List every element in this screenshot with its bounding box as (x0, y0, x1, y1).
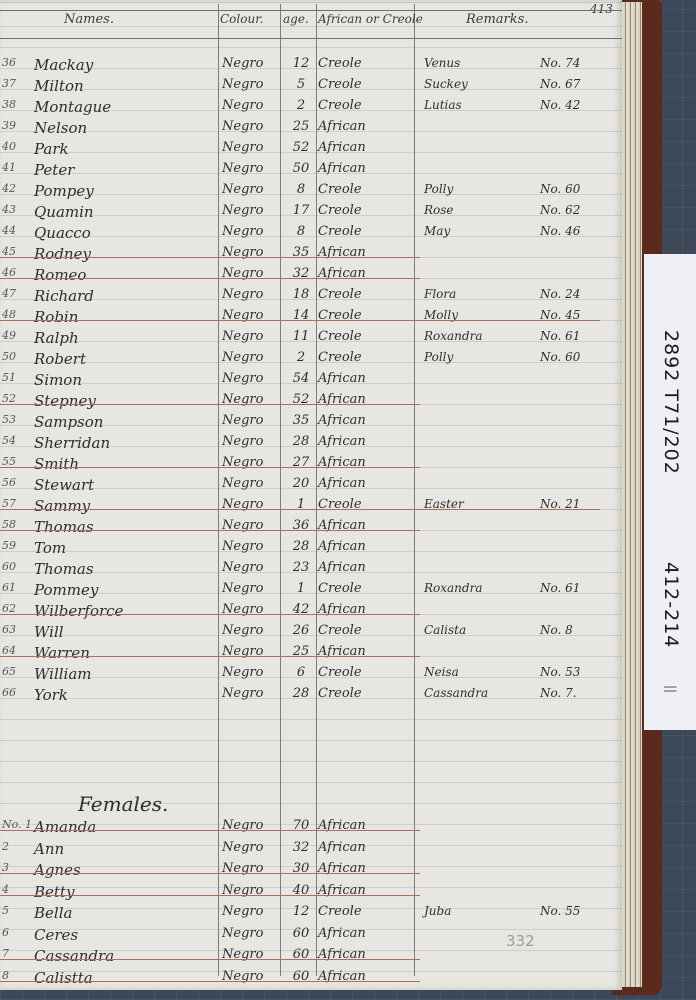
entry-name: Robert (34, 350, 86, 368)
entry-origin: African (318, 140, 366, 155)
header-origin: African or Creole (318, 12, 423, 26)
entry-origin: Creole (318, 350, 362, 365)
entry-origin: Creole (318, 329, 362, 344)
entry-remark: Rose (424, 203, 454, 217)
header-rule-bottom (0, 38, 622, 39)
entry-colour: Negro (222, 581, 263, 596)
strike-through-line (0, 959, 420, 960)
entry-name: Pompey (34, 182, 94, 200)
entry-remark-number: No. 7. (540, 686, 577, 700)
entry-number: 2 (2, 840, 9, 853)
strike-through-line (0, 830, 420, 831)
entry-age: 12 (286, 904, 316, 919)
entry-origin: African (318, 413, 366, 428)
entry-colour: Negro (222, 623, 263, 638)
entry-name: Quacco (34, 224, 91, 242)
entry-name: Milton (34, 77, 84, 95)
entry-colour: Negro (222, 904, 263, 919)
entry-colour: Negro (222, 203, 263, 218)
entry-name: Mackay (34, 56, 93, 74)
entry-number: 54 (2, 434, 16, 447)
entry-remark: May (424, 224, 450, 238)
entry-age: 5 (286, 77, 316, 92)
entry-origin: Creole (318, 77, 362, 92)
pencil-note: 332 (506, 932, 535, 950)
entry-name: Calistta (34, 969, 93, 987)
archive-pages: 412-214 (660, 562, 682, 648)
entry-origin: African (318, 371, 366, 386)
entry-number: 59 (2, 539, 16, 552)
entry-origin: African (318, 539, 366, 554)
entry-name: Sampson (34, 413, 103, 431)
entry-number: 60 (2, 560, 16, 573)
entry-number: 47 (2, 287, 16, 300)
entry-colour: Negro (222, 560, 263, 575)
entry-name: Agnes (34, 861, 81, 879)
entry-origin: African (318, 560, 366, 575)
entry-remark: Juba (424, 904, 451, 918)
strike-through-line (0, 614, 420, 615)
entry-remark-number: No. 74 (540, 56, 580, 70)
entry-name: Sammy (34, 497, 90, 515)
strike-through-line (0, 895, 420, 896)
entry-number: 61 (2, 581, 16, 594)
entry-age: 1 (286, 581, 316, 596)
archive-reference: 2892 T71/202 (660, 330, 682, 475)
entry-name: Smith (34, 455, 79, 473)
entry-colour: Negro (222, 161, 263, 176)
entry-colour: Negro (222, 56, 263, 71)
entry-remark-number: No. 53 (540, 665, 580, 679)
entry-number: 56 (2, 476, 16, 489)
ledger-page: 413 Names. Colour. age. African or Creol… (0, 0, 622, 990)
strike-through-line (0, 981, 420, 982)
entry-age: 17 (286, 203, 316, 218)
females-heading: Females. (78, 792, 168, 816)
entry-remark-number: No. 42 (540, 98, 580, 112)
entry-age: 52 (286, 140, 316, 155)
strike-through-line (0, 873, 420, 874)
entry-remark-number: No. 55 (540, 904, 580, 918)
strike-through-line (0, 278, 420, 279)
entry-origin: Creole (318, 904, 362, 919)
entry-name: Ralph (34, 329, 79, 347)
header-names: Names. (64, 12, 114, 27)
entry-number: 5 (2, 904, 9, 917)
entry-origin: Creole (318, 182, 362, 197)
entry-colour: Negro (222, 77, 263, 92)
entry-age: 2 (286, 350, 316, 365)
entry-colour: Negro (222, 140, 263, 155)
entry-remark-number: No. 60 (540, 350, 580, 364)
entry-age: 28 (286, 539, 316, 554)
entry-colour: Negro (222, 840, 263, 855)
entry-origin: Creole (318, 203, 362, 218)
strike-through-line (0, 467, 420, 468)
entry-name: William (34, 665, 92, 683)
entry-remark-number: No. 61 (540, 329, 580, 343)
entry-age: 35 (286, 413, 316, 428)
entry-name: Robin (34, 308, 78, 326)
header-rule-top (0, 10, 622, 11)
strike-through-line (0, 509, 600, 510)
entry-name: Betty (34, 883, 74, 901)
entry-name: Ann (34, 840, 64, 858)
entry-name: Simon (34, 371, 82, 389)
entry-remark: Polly (424, 350, 453, 364)
entry-age: 20 (286, 476, 316, 491)
entry-name: Peter (34, 161, 74, 179)
entry-number: 38 (2, 98, 16, 111)
entry-colour: Negro (222, 287, 263, 302)
entry-age: 54 (286, 371, 316, 386)
entry-name: Stewart (34, 476, 94, 494)
entry-origin: Creole (318, 581, 362, 596)
entry-origin: Creole (318, 224, 362, 239)
entry-colour: Negro (222, 434, 263, 449)
entry-age: 12 (286, 56, 316, 71)
entry-colour: Negro (222, 539, 263, 554)
entry-remark: Neisa (424, 665, 459, 679)
entry-age: 26 (286, 623, 316, 638)
entry-remark-number: No. 46 (540, 224, 580, 238)
strike-through-line (0, 404, 420, 405)
entry-origin: Creole (318, 665, 362, 680)
archive-label (644, 254, 696, 730)
entry-number: 41 (2, 161, 16, 174)
entry-colour: Negro (222, 413, 263, 428)
entry-colour: Negro (222, 350, 263, 365)
entry-origin: Creole (318, 56, 362, 71)
entry-age: 25 (286, 119, 316, 134)
entry-age: 6 (286, 665, 316, 680)
archive-tally: || (664, 685, 678, 693)
entry-origin: Creole (318, 623, 362, 638)
entry-remark: Suckey (424, 77, 468, 91)
entry-origin: African (318, 476, 366, 491)
entry-age: 8 (286, 182, 316, 197)
entry-age: 8 (286, 224, 316, 239)
entry-number: 44 (2, 224, 16, 237)
entry-name: Will (34, 623, 64, 641)
entry-name: Rodney (34, 245, 91, 263)
entry-name: York (34, 686, 68, 704)
entry-number: 40 (2, 140, 16, 153)
entry-number: 42 (2, 182, 16, 195)
entry-name: Bella (34, 904, 72, 922)
entry-age: 50 (286, 161, 316, 176)
strike-through-line (0, 656, 420, 657)
entry-name: Nelson (34, 119, 87, 137)
entry-number: 50 (2, 350, 16, 363)
entry-remark-number: No. 61 (540, 581, 580, 595)
entry-number: 66 (2, 686, 16, 699)
entry-age: 18 (286, 287, 316, 302)
entry-remark-number: No. 67 (540, 77, 580, 91)
page-number: 413 (590, 2, 613, 16)
entry-age: 28 (286, 434, 316, 449)
entry-number: 65 (2, 665, 16, 678)
entry-origin: African (318, 434, 366, 449)
entry-colour: Negro (222, 686, 263, 701)
table-row: 66YorkNegro28CreoleCassandraNo. 7. (0, 686, 622, 712)
entry-remark-number: No. 62 (540, 203, 580, 217)
entry-name: Park (34, 140, 69, 158)
entry-number: 43 (2, 203, 16, 216)
entry-remark-number: No. 8 (540, 623, 573, 637)
entry-age: 28 (286, 686, 316, 701)
entry-remark: Roxandra (424, 329, 482, 343)
header-age: age. (283, 12, 309, 26)
entry-colour: Negro (222, 182, 263, 197)
entry-number: 63 (2, 623, 16, 636)
entry-age: 2 (286, 98, 316, 113)
entry-name: Warren (34, 644, 90, 662)
entry-number: 39 (2, 119, 16, 132)
strike-through-line (0, 257, 420, 258)
entry-remark-number: No. 24 (540, 287, 580, 301)
entry-name: Thomas (34, 518, 94, 536)
entry-colour: Negro (222, 665, 263, 680)
entry-name: Thomas (34, 560, 94, 578)
entry-origin: African (318, 161, 366, 176)
entry-colour: Negro (222, 371, 263, 386)
entry-age: 60 (286, 926, 316, 941)
entry-age: 32 (286, 840, 316, 855)
entry-origin: African (318, 119, 366, 134)
header-colour: Colour. (220, 12, 263, 26)
table-row: 8CalisttaNegro60African (0, 969, 622, 995)
entry-remark: Polly (424, 182, 453, 196)
entry-remark: Roxandra (424, 581, 482, 595)
entry-number: 53 (2, 413, 16, 426)
entry-age: 11 (286, 329, 316, 344)
entry-number: 36 (2, 56, 16, 69)
entry-remark: Cassandra (424, 686, 488, 700)
entry-remark-number: No. 60 (540, 182, 580, 196)
entry-name: Amanda (34, 818, 96, 836)
strike-through-line (0, 320, 600, 321)
entry-number: 49 (2, 329, 16, 342)
entry-name: Romeo (34, 266, 86, 284)
entry-colour: Negro (222, 329, 263, 344)
entry-origin: Creole (318, 686, 362, 701)
entry-name: Pommey (34, 581, 98, 599)
entry-name: Wilberforce (34, 602, 123, 620)
entry-age: 23 (286, 560, 316, 575)
entry-name: Stepney (34, 392, 96, 410)
entry-name: Cassandra (34, 947, 114, 965)
entry-name: Sherridan (34, 434, 110, 452)
header-remarks: Remarks. (466, 12, 528, 27)
entry-origin: African (318, 926, 366, 941)
entry-origin: Creole (318, 287, 362, 302)
entry-name: Tom (34, 539, 66, 557)
entry-colour: Negro (222, 98, 263, 113)
entry-remark: Flora (424, 287, 456, 301)
entry-colour: Negro (222, 224, 263, 239)
entry-origin: African (318, 840, 366, 855)
entry-name: Quamin (34, 203, 94, 221)
entry-remark: Calista (424, 623, 466, 637)
entry-colour: Negro (222, 119, 263, 134)
entry-colour: Negro (222, 926, 263, 941)
entry-name: Ceres (34, 926, 78, 944)
entry-origin: Creole (318, 98, 362, 113)
entry-remark: Venus (424, 56, 460, 70)
entry-colour: Negro (222, 476, 263, 491)
entry-name: Richard (34, 287, 94, 305)
entry-remark: Lutias (424, 98, 462, 112)
strike-through-line (0, 530, 420, 531)
entry-number: 51 (2, 371, 16, 384)
entry-name: Montague (34, 98, 111, 116)
entry-number: 6 (2, 926, 9, 939)
entry-number: 37 (2, 77, 16, 90)
